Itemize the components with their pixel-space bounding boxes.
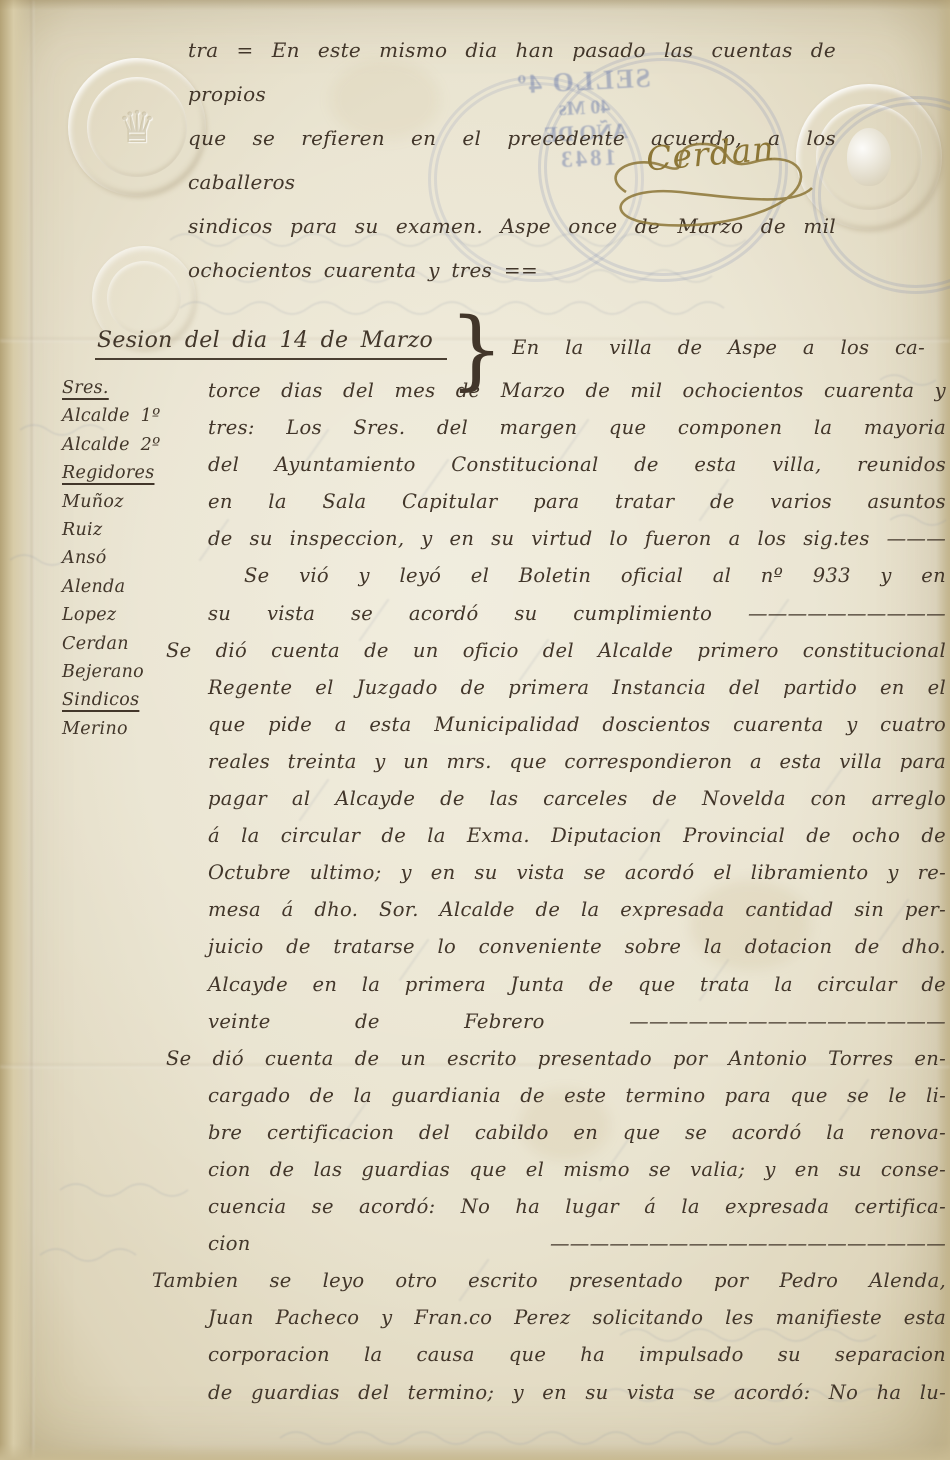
body-line: tres: Los Sres. del margen que componen … [208,409,946,446]
body-line: cion de las guardias que el mismo se val… [208,1151,946,1188]
page-edge-top [0,0,950,10]
margin-item: Alcalde 2º [62,431,204,459]
margin-item: Sres. [62,374,204,402]
page-edge-left [0,0,30,1460]
margin-item: Alcalde 1º [62,402,204,430]
session-heading: Sesion del dia 14 de Marzo [95,326,447,360]
body-line: Juan Pacheco y Fran.co Perez solicitando… [208,1299,946,1336]
margin-item: Merino [62,715,204,743]
body-line: Octubre ultimo; y en su vista se acordó … [208,854,946,891]
body-line: que pide a esta Municipalidad doscientos… [208,706,946,743]
body-line: juicio de tratarse lo conveniente sobre … [208,928,946,965]
body-line: á la circular de la Exma. Diputacion Pro… [208,817,946,854]
margin-item: Sindicos [62,686,204,714]
body-line: de su inspeccion, y en su virtud lo fuer… [208,520,946,557]
manuscript-page: ♛ SELLO 4º 40 Ms AÑO DE 1843 [0,0,950,1460]
signature-block: Cerdan [568,128,818,243]
closing-note-line: ochocientos cuarenta y tres == [188,248,836,292]
body-line: corporacion la causa que ha impulsado su… [208,1336,946,1373]
margin-item: Ruiz [62,516,204,544]
body-line: cuencia se acordó: No ha lugar á la expr… [208,1188,946,1225]
body-line: Se dió cuenta de un escrito presentado p… [166,1040,946,1077]
margin-item: Lopez [62,601,204,629]
body-line: de guardias del termino; y en su vista s… [208,1374,946,1411]
margin-item: Alenda [62,573,204,601]
body-line: Se vió y leyó el Boletin oficial al nº 9… [208,557,946,594]
binding-crease [31,0,34,1460]
body-line: cion ———————————————————— [208,1225,946,1262]
body-line: en la Sala Capitular para tratar de vari… [208,483,946,520]
body-line: Regente el Juzgado de primera Instancia … [208,669,946,706]
crown-icon: ♛ [68,58,206,196]
body-line: Tambien se leyo otro escrito presentado … [152,1262,946,1299]
body-line: su vista se acordó su cumplimiento —————… [208,595,946,632]
body-line: reales treinta y un mrs. que correspondi… [208,743,946,780]
body-line: cargado de la guardiania de este termino… [208,1077,946,1114]
closing-note-line: tra = En este mismo dia han pasado las c… [188,28,836,116]
page-edge-bottom [0,1444,950,1460]
session-opening-line: En la villa de Aspe a los ca- [512,326,925,359]
margin-item: Ansó [62,544,204,572]
body-line: pagar al Alcayde de las carceles de Nove… [208,780,946,817]
body-line: mesa á dho. Sor. Alcalde de la expresada… [208,891,946,928]
margin-item: Regidores [62,459,204,487]
body-line: Se dió cuenta de un oficio del Alcalde p… [166,632,946,669]
body-line: bre certificacion del cabildo en que se … [208,1114,946,1151]
session-body: torce dias del mes de Marzo de mil ochoc… [208,372,946,1411]
body-line: del Ayuntamiento Constitucional de esta … [208,446,946,483]
body-line: torce dias del mes de Marzo de mil ochoc… [208,372,946,409]
margin-item: Muñoz [62,488,204,516]
embossed-seal-left: ♛ [68,58,206,196]
body-line: Alcayde en la primera Junta de que trata… [208,966,946,1003]
attendees-margin-list: Sres.Alcalde 1ºAlcalde 2ºRegidoresMuñozR… [62,374,204,743]
body-line: veinte de Febrero ———————————————— [208,1003,946,1040]
